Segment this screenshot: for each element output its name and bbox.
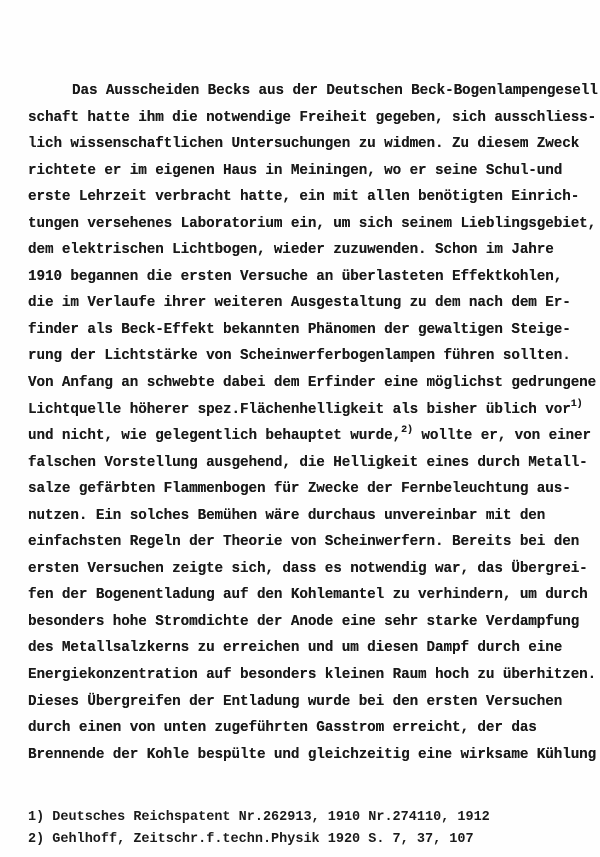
- line-text: Von Anfang an schwebte dabei dem Erfinde…: [28, 375, 596, 391]
- text-line: falschen Vorstellung ausgehend, die Hell…: [28, 450, 593, 477]
- footnotes: 1) Deutsches Reichspatent Nr.262913, 191…: [28, 807, 593, 851]
- text-line: Lichtquelle höherer spez.Flächenhelligke…: [28, 397, 593, 424]
- text-line: fen der Bogenentladung auf den Kohlemant…: [28, 582, 593, 609]
- footnote-1: 1) Deutsches Reichspatent Nr.262913, 191…: [28, 807, 593, 829]
- line-text: richtete er im eigenen Haus in Meiningen…: [28, 163, 562, 179]
- text-line: dem elektrischen Lichtbogen, wieder zuzu…: [28, 237, 593, 264]
- footnote-reference: 1): [571, 399, 583, 410]
- line-text: dem elektrischen Lichtbogen, wieder zuzu…: [28, 242, 554, 258]
- text-line: nutzen. Ein solches Bemühen wäre durchau…: [28, 503, 593, 530]
- line-text: salze gefärbten Flammenbogen für Zwecke …: [28, 481, 571, 497]
- text-line: besonders hohe Stromdichte der Anode ein…: [28, 609, 593, 636]
- line-text: die im Verlaufe ihrer weiteren Ausgestal…: [28, 295, 571, 311]
- footnote-2: 2) Gehlhoff, Zeitschr.f.techn.Physik 192…: [28, 829, 593, 851]
- line-text: erste Lehrzeit verbracht hatte, ein mit …: [28, 189, 579, 205]
- text-line: des Metallsalzkerns zu erreichen und um …: [28, 635, 593, 662]
- line-text: tungen versehenes Laboratorium ein, um s…: [28, 216, 596, 232]
- line-text: 1910 begannen die ersten Versuche an übe…: [28, 269, 562, 285]
- line-text: Lichtquelle höherer spez.Flächenhelligke…: [28, 402, 571, 418]
- footnote-reference: 2): [401, 425, 413, 436]
- line-text: schaft hatte ihm die notwendige Freiheit…: [28, 110, 596, 126]
- text-line: erste Lehrzeit verbracht hatte, ein mit …: [28, 184, 593, 211]
- line-text: durch einen von unten zugeführten Gasstr…: [28, 720, 537, 736]
- text-line: und nicht, wie gelegentlich behauptet wu…: [28, 423, 593, 450]
- text-line: ersten Versuchen zeigte sich, dass es no…: [28, 556, 593, 583]
- text-line: Das Ausscheiden Becks aus der Deutschen …: [28, 78, 593, 105]
- typewritten-page: Das Ausscheiden Becks aus der Deutschen …: [0, 0, 600, 857]
- text-line: einfachsten Regeln der Theorie von Schei…: [28, 529, 593, 556]
- text-line: durch einen von unten zugeführten Gasstr…: [28, 715, 593, 742]
- line-text: einfachsten Regeln der Theorie von Schei…: [28, 534, 579, 550]
- line-text: lich wissenschaftlichen Untersuchungen z…: [28, 136, 579, 152]
- line-text: falschen Vorstellung ausgehend, die Hell…: [28, 455, 588, 471]
- text-line: schaft hatte ihm die notwendige Freiheit…: [28, 105, 593, 132]
- text-line: tungen versehenes Laboratorium ein, um s…: [28, 211, 593, 238]
- text-line: Von Anfang an schwebte dabei dem Erfinde…: [28, 370, 593, 397]
- text-line: lich wissenschaftlichen Untersuchungen z…: [28, 131, 593, 158]
- line-text: fen der Bogenentladung auf den Kohlemant…: [28, 587, 588, 603]
- line-text: Brennende der Kohle bespülte und gleichz…: [28, 747, 596, 763]
- text-line: rung der Lichtstärke von Scheinwerferbog…: [28, 343, 593, 370]
- text-line: Brennende der Kohle bespülte und gleichz…: [28, 742, 593, 769]
- line-text: und nicht, wie gelegentlich behauptet wu…: [28, 428, 401, 444]
- text-line: Dieses Übergreifen der Entladung wurde b…: [28, 689, 593, 716]
- line-text: ersten Versuchen zeigte sich, dass es no…: [28, 561, 588, 577]
- line-text: rung der Lichtstärke von Scheinwerferbog…: [28, 348, 571, 364]
- line-text: nutzen. Ein solches Bemühen wäre durchau…: [28, 508, 545, 524]
- line-text: finder als Beck-Effekt bekannten Phänome…: [28, 322, 571, 338]
- body-paragraph: Das Ausscheiden Becks aus der Deutschen …: [28, 78, 593, 768]
- line-text: besonders hohe Stromdichte der Anode ein…: [28, 614, 579, 630]
- text-line: Energiekonzentration auf besonders klein…: [28, 662, 593, 689]
- line-text: Das Ausscheiden Becks aus der Deutschen …: [72, 83, 600, 99]
- text-line: salze gefärbten Flammenbogen für Zwecke …: [28, 476, 593, 503]
- line-text: Energiekonzentration auf besonders klein…: [28, 667, 596, 683]
- line-text: des Metallsalzkerns zu erreichen und um …: [28, 640, 562, 656]
- text-line: finder als Beck-Effekt bekannten Phänome…: [28, 317, 593, 344]
- line-text: Dieses Übergreifen der Entladung wurde b…: [28, 694, 562, 710]
- text-line: richtete er im eigenen Haus in Meiningen…: [28, 158, 593, 185]
- line-text-continued: wollte er, von einer: [413, 428, 591, 444]
- text-line: 1910 begannen die ersten Versuche an übe…: [28, 264, 593, 291]
- text-line: die im Verlaufe ihrer weiteren Ausgestal…: [28, 290, 593, 317]
